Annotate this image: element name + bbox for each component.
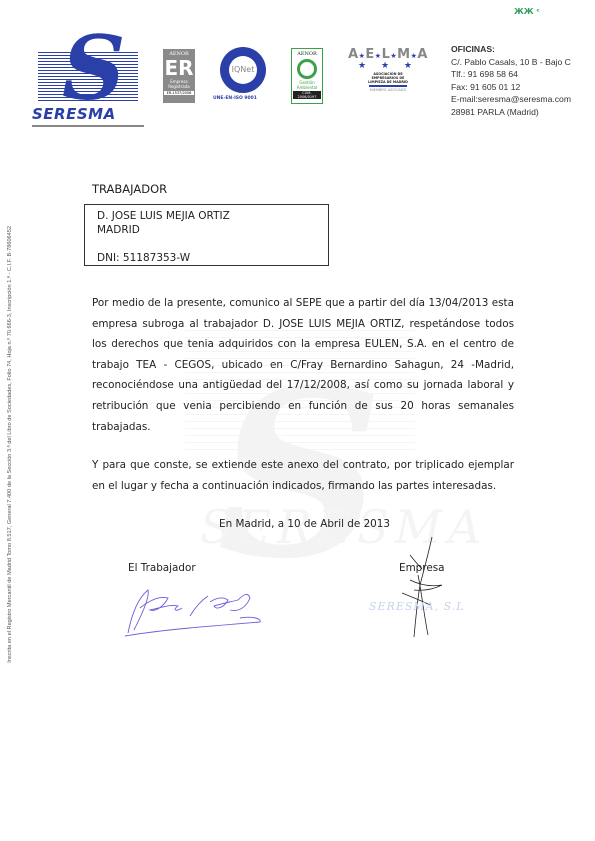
aenor-ga-title: AENOR xyxy=(292,51,322,57)
office-city: 28981 PARLA (Madrid) xyxy=(451,106,571,119)
body-paragraph-2: Y para que conste, se extiende este anex… xyxy=(92,455,514,496)
worker-signature xyxy=(120,578,265,638)
seresma-logo: S SERESMA xyxy=(32,30,142,125)
aenor-ga-caption: Gestión Ambiental xyxy=(292,80,322,90)
aelma-caption: ASOCIACIÓN DE EMPRESARIOS DE LIMPIEZA DE… xyxy=(368,72,408,84)
office-fax: Fax: 91 605 01 12 xyxy=(451,81,571,94)
aelma-letter: A xyxy=(417,47,428,62)
aenor-ga-code: CGM-2006/0197 xyxy=(293,91,321,99)
worker-city: MADRID xyxy=(97,223,328,237)
office-address: C/. Pablo Casals, 10 B - Bajo C xyxy=(451,56,571,69)
aelma-letter: A xyxy=(348,47,359,62)
logo-underline xyxy=(32,125,144,127)
worker-section-label: TRABAJADOR xyxy=(92,182,167,196)
aelma-title: A★E★L★M★A xyxy=(347,47,429,62)
iqnet-badge: IQNet xyxy=(220,47,266,93)
logo-letter: S xyxy=(62,24,126,112)
iqnet-mark: IQNet xyxy=(229,56,257,84)
aenor-er-code: ER-1537/2006 xyxy=(164,91,194,95)
corner-mark: ЖЖ ᶜ xyxy=(514,7,540,16)
aelma-bar xyxy=(369,85,407,87)
aelma-letter: E xyxy=(365,47,374,62)
registry-text: Inscrita en el Registro Mercantil de Mad… xyxy=(3,226,17,696)
offices-block: OFICINAS: C/. Pablo Casals, 10 B - Bajo … xyxy=(451,43,571,118)
ga-ring-icon xyxy=(297,59,317,79)
aelma-stars-icon: ★ ★ ★ xyxy=(347,62,429,71)
body-paragraph-1: Por medio de la presente, comunico al SE… xyxy=(92,293,514,437)
iqnet-caption: UNE-EN-ISO 9001 xyxy=(213,96,257,101)
aenor-er-mark: ER xyxy=(163,57,195,79)
aelma-member: MIEMBRO ASOCIADO xyxy=(347,88,429,92)
logo-name: SERESMA xyxy=(32,105,116,123)
worker-name: D. JOSE LUIS MEJIA ORTIZ xyxy=(97,209,328,223)
office-email: E-mail:seresma@seresma.com xyxy=(451,93,571,106)
worker-dni: DNI: 51187353-W xyxy=(97,251,328,265)
star-icon: ★ xyxy=(375,52,382,60)
worker-signature-label: El Trabajador xyxy=(128,562,196,574)
aenor-ga-badge: AENOR Gestión Ambiental CGM-2006/0197 xyxy=(291,48,323,104)
aenor-er-badge: AENOR ER Empresa Registrada ER-1537/2006 xyxy=(163,49,195,103)
aenor-er-caption: Empresa Registrada xyxy=(163,79,195,89)
office-phone: Tlf.: 91 698 58 64 xyxy=(451,68,571,81)
company-signature xyxy=(380,535,460,640)
worker-box: D. JOSE LUIS MEJIA ORTIZ MADRID DNI: 511… xyxy=(84,204,329,266)
aelma-badge: A★E★L★M★A ★ ★ ★ ASOCIACIÓN DE EMPRESARIO… xyxy=(347,47,429,107)
aelma-letter: M xyxy=(397,47,410,62)
company-stamp: SERESMA, S.L xyxy=(369,600,465,613)
date-line: En Madrid, a 10 de Abril de 2013 xyxy=(219,518,390,530)
offices-heading: OFICINAS: xyxy=(451,43,571,56)
